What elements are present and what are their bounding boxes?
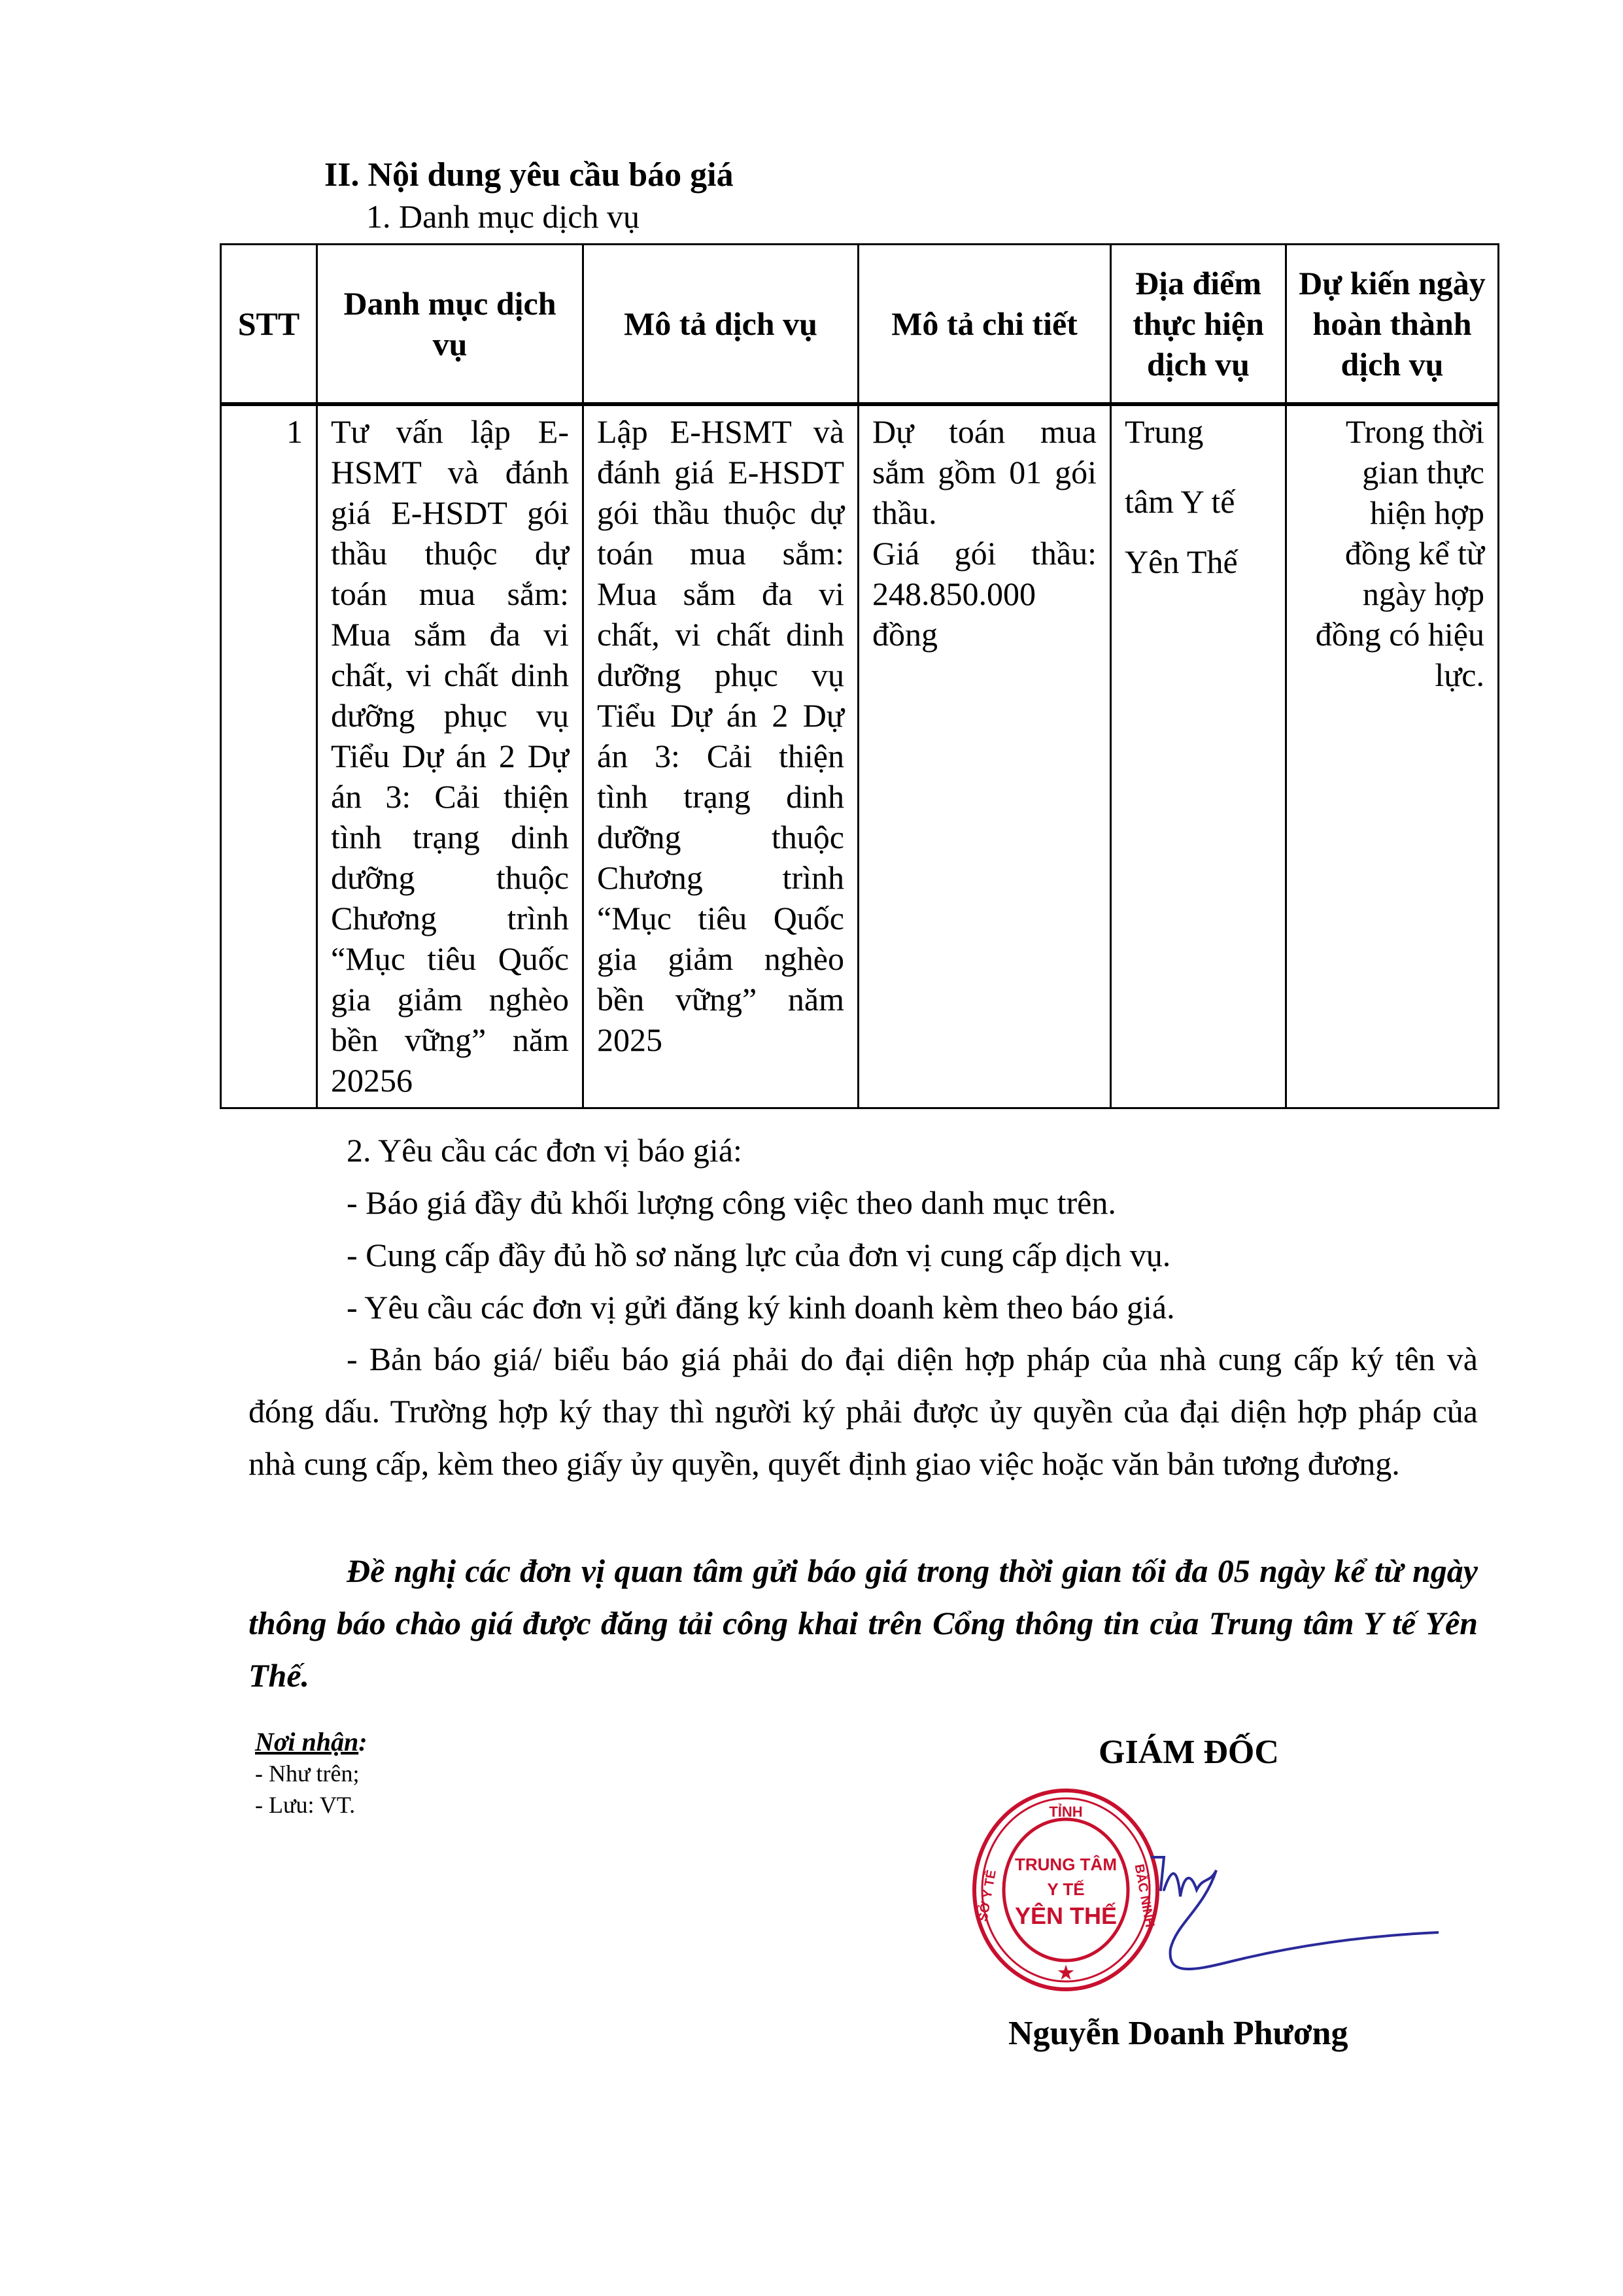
recipients-title: Nơi nhận:: [255, 1726, 367, 1758]
svg-text:SỞ Y TẾ: SỞ Y TẾ: [974, 1868, 999, 1923]
closing-note-text: Đề nghị các đơn vị quan tâm gửi báo giá …: [248, 1552, 1478, 1694]
recipient-item: - Như trên;: [255, 1758, 367, 1789]
location-line-3: Yên Thế: [1125, 532, 1272, 592]
signature-icon: [1151, 1851, 1439, 1981]
recipients-block: Nơi nhận: - Như trên; - Lưu: VT.: [255, 1726, 367, 1821]
header-category: Danh mục dịch vụ: [317, 245, 583, 405]
header-location: Địa điểm thực hiện dịch vụ: [1111, 245, 1286, 405]
recipient-item: - Lưu: VT.: [255, 1789, 367, 1821]
header-description: Mô tả dịch vụ: [583, 245, 859, 405]
official-stamp-icon: TỈNH TRUNG TÂM Y TẾ YÊN THẾ ★ SỞ Y TẾ BẮ…: [968, 1785, 1164, 1995]
signer-name: Nguyễn Doanh Phương: [1008, 2014, 1348, 2053]
header-stt: STT: [221, 245, 317, 405]
table-header-row: STT Danh mục dịch vụ Mô tả dịch vụ Mô tả…: [221, 245, 1499, 405]
svg-text:★: ★: [1057, 1962, 1074, 1983]
services-table: STT Danh mục dịch vụ Mô tả dịch vụ Mô tả…: [220, 243, 1499, 1109]
svg-text:TRUNG TÂM: TRUNG TÂM: [1015, 1855, 1117, 1874]
section-heading: II. Nội dung yêu cầu báo giá: [324, 156, 734, 194]
requirement-item: - Yêu cầu các đơn vị gửi đăng ký kinh do…: [347, 1287, 1175, 1328]
cell-category: Tư vấn lập E-HSMT và đánh giá E-HSDT gói…: [317, 404, 583, 1108]
subheading-service-list: 1. Danh mục dịch vụ: [366, 197, 640, 235]
svg-text:Y TẾ: Y TẾ: [1047, 1879, 1084, 1899]
detail-line-1: Dự toán mua sắm gồm 01 gói thầu.: [872, 411, 1097, 533]
cell-location: Trung tâm Y tế Yên Thế: [1111, 404, 1286, 1108]
detail-line-2: Giá gói thầu: 248.850.000 đồng: [872, 533, 1097, 655]
table-row: 1 Tư vấn lập E-HSMT và đánh giá E-HSDT g…: [221, 404, 1499, 1108]
requirement-item: - Cung cấp đầy đủ hồ sơ năng lực của đơn…: [347, 1235, 1170, 1275]
requirement-paragraph-text: - Bản báo giá/ biểu báo giá phải do đại …: [248, 1341, 1478, 1482]
requirement-paragraph: - Bản báo giá/ biểu báo giá phải do đại …: [248, 1333, 1478, 1490]
location-line-1: Trung: [1125, 411, 1272, 452]
signer-title: GIÁM ĐỐC: [1099, 1733, 1279, 1772]
cell-stt: 1: [221, 404, 317, 1108]
cell-description: Lập E-HSMT và đánh giá E-HSDT gói thầu t…: [583, 404, 859, 1108]
header-completion: Dự kiến ngày hoàn thành dịch vụ: [1286, 245, 1499, 405]
svg-text:TỈNH: TỈNH: [1049, 1804, 1082, 1820]
location-line-2: tâm Y tế: [1125, 471, 1272, 532]
header-detail: Mô tả chi tiết: [859, 245, 1111, 405]
svg-text:YÊN THẾ: YÊN THẾ: [1015, 1902, 1117, 1929]
cell-completion: Trong thời gian thực hiện hợp đồng kể từ…: [1286, 404, 1499, 1108]
closing-note: Đề nghị các đơn vị quan tâm gửi báo giá …: [248, 1545, 1478, 1702]
requirement-item: - Báo giá đầy đủ khối lượng công việc th…: [347, 1182, 1116, 1223]
requirements-title: 2. Yêu cầu các đơn vị báo giá:: [347, 1130, 742, 1171]
cell-detail: Dự toán mua sắm gồm 01 gói thầu. Giá gói…: [859, 404, 1111, 1108]
